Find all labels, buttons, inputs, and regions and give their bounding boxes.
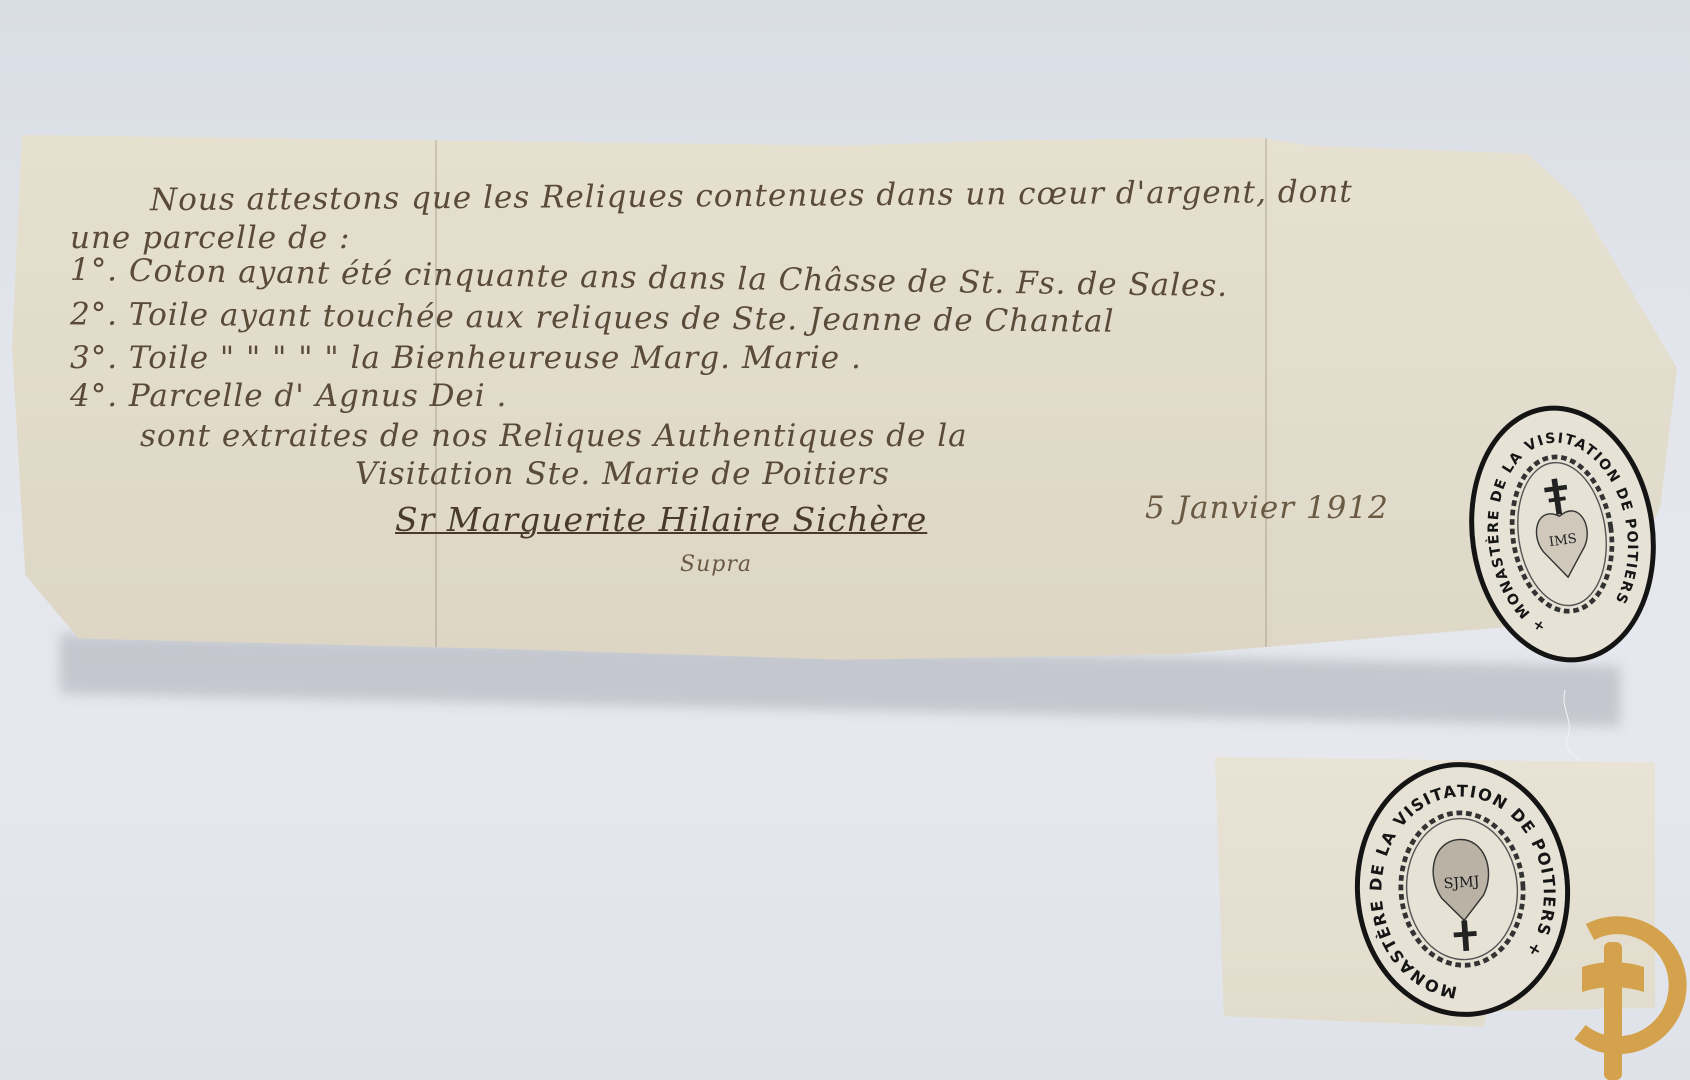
monastery-seal-card: MONASTÈRE DE LA VISITATION DE POITIERS +… bbox=[1346, 755, 1578, 1024]
letter-line-6: 4°. Parcelle d' Agnus Dei . bbox=[70, 378, 507, 414]
letter-line-7: sont extraites de nos Reliques Authentiq… bbox=[140, 418, 968, 454]
letter-line-8: Visitation Ste. Marie de Poitiers bbox=[355, 456, 890, 492]
seal-emblem-icon: + MONASTÈRE DE LA VISITATION DE POITIERS… bbox=[1459, 399, 1667, 669]
svg-text:SJMJ: SJMJ bbox=[1443, 874, 1480, 892]
gavel-in-arc-logo-icon bbox=[1560, 912, 1690, 1080]
loose-thread bbox=[1555, 690, 1595, 760]
fold-line bbox=[1265, 135, 1267, 665]
seal-emblem-icon: MONASTÈRE DE LA VISITATION DE POITIERS +… bbox=[1352, 760, 1574, 1019]
letter-line-4: 2°. Toile ayant touchée aux reliques de … bbox=[70, 296, 1115, 339]
signature: Sr Marguerite Hilaire Sichère bbox=[395, 500, 927, 539]
letter-line-5: 3°. Toile " " " " " la Bienheureuse Marg… bbox=[70, 340, 862, 376]
date: 5 Janvier 1912 bbox=[1145, 490, 1389, 526]
letter-line-2: une parcelle de : bbox=[70, 220, 351, 256]
signature-title: Supra bbox=[680, 552, 752, 577]
